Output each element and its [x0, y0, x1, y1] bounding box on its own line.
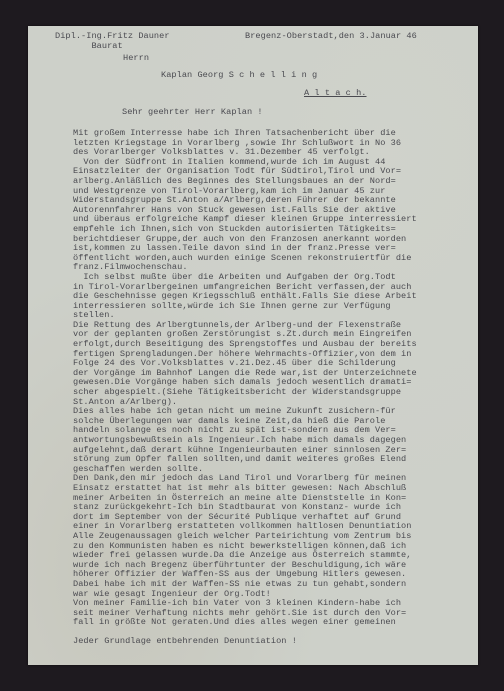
recipient-place: A l t a c h. [304, 89, 367, 99]
recipient-salutation: Herrn [123, 54, 149, 64]
letter-body: Mit großem Interresse habe ich Ihren Tat… [73, 129, 417, 647]
body-line: fall in größte Not geraten.Und dies alle… [73, 618, 417, 628]
sender-name: Dipl.-Ing.Fritz Dauner [55, 31, 170, 41]
greeting: Sehr geehrter Herr Kaplan ! [122, 108, 263, 118]
recipient-name: Kaplan Georg S c h e l l i n g [161, 71, 317, 81]
sender-title-text: Baurat [91, 41, 122, 51]
sender-block: Dipl.-Ing.Fritz Dauner Baurat [55, 32, 170, 51]
letter-page: Dipl.-Ing.Fritz Dauner Baurat Bregenz-Ob… [28, 26, 478, 665]
place-date: Bregenz-Oberstadt,den 3.Januar 46 [245, 32, 417, 42]
body-line: Jeder Grundlage entbehrenden Denuntiatio… [73, 637, 417, 647]
sender-title [55, 41, 91, 51]
body-line: interressieren sollte,würde ich Sie Ihne… [73, 302, 417, 312]
